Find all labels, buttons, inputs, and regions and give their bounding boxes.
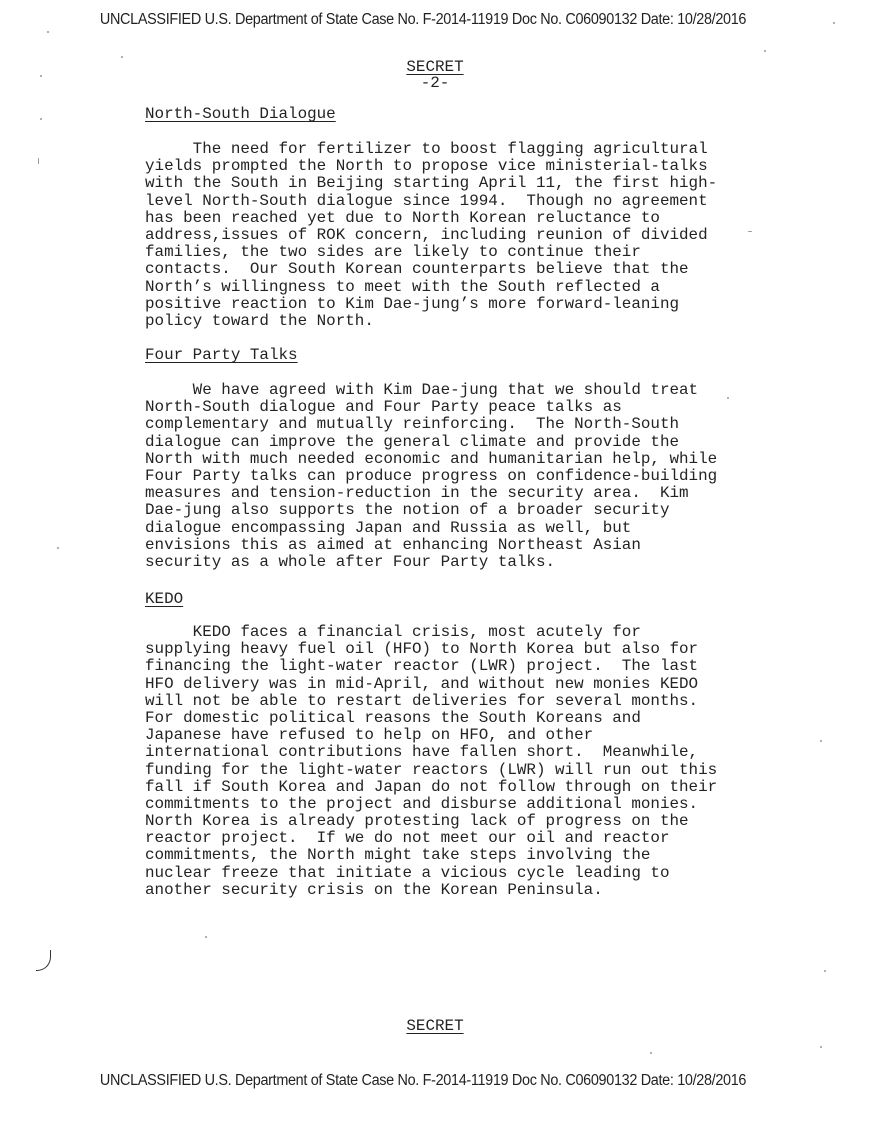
text-line: policy toward the North. [145,313,717,330]
text-line: dialogue encompassing Japan and Russia a… [145,520,717,537]
text-line: nuclear freeze that initiate a vicious c… [145,865,717,882]
text-line: KEDO faces a financial crisis, most acut… [145,624,717,641]
text-line: HFO delivery was in mid-April, and witho… [145,676,717,693]
section-heading-kedo: KEDO [145,590,183,608]
text-line: For domestic political reasons the South… [145,710,717,727]
scan-speck [38,158,39,164]
section-heading-north-south-dialogue: North-South Dialogue [145,105,336,123]
classification-marking-bottom: SECRET [0,1017,872,1035]
text-line: Dae-jung also supports the notion of a b… [145,502,717,519]
paragraph-kedo: KEDO faces a financial crisis, most acut… [145,624,717,899]
text-line: Four Party talks can produce progress on… [145,468,717,485]
text-line: North Korea is already protesting lack o… [145,813,717,830]
scan-speck [764,50,766,52]
text-line: will not be able to restart deliveries f… [145,693,717,710]
text-line: another security crisis on the Korean Pe… [145,882,717,899]
scan-speck [205,936,207,938]
text-line: families, the two sides are likely to co… [145,244,717,261]
text-line: positive reaction to Kim Dae-jung’s more… [145,296,717,313]
text-line: supplying heavy fuel oil (HFO) to North … [145,641,717,658]
classification-label: SECRET [406,1017,463,1035]
text-line: North-South dialogue and Four Party peac… [145,399,717,416]
scan-speck [833,22,835,24]
text-line: with the South in Beijing starting April… [145,175,717,192]
scan-speck [748,231,752,232]
text-line: yields prompted the North to propose vic… [145,158,717,175]
text-line: Japanese have refused to help on HFO, an… [145,727,717,744]
scan-speck [47,31,49,33]
handwritten-mark [36,950,51,971]
text-line: The need for fertilizer to boost flaggin… [145,141,717,158]
text-line: fall if South Korea and Japan do not fol… [145,779,717,796]
text-line: We have agreed with Kim Dae-jung that we… [145,382,717,399]
text-line: funding for the light-water reactors (LW… [145,762,717,779]
page-number: -2- [0,74,872,92]
scan-speck [824,970,826,972]
scan-speck [727,397,729,399]
scan-speck [121,56,123,58]
section-heading-four-party-talks: Four Party Talks [145,346,298,364]
declassification-banner-top: UNCLASSIFIED U.S. Department of State Ca… [17,11,830,29]
text-line: level North-South dialogue since 1994. T… [145,193,717,210]
paragraph-north-south-dialogue: The need for fertilizer to boost flaggin… [145,141,717,330]
text-line: North with much needed economic and huma… [145,451,717,468]
scan-speck [40,118,42,120]
text-line: contacts. Our South Korean counterparts … [145,261,717,278]
scan-speck [57,547,59,549]
text-line: North’s willingness to meet with the Sou… [145,279,717,296]
text-line: commitments, the North might take steps … [145,847,717,864]
scan-speck [40,75,42,77]
declassification-banner-bottom: UNCLASSIFIED U.S. Department of State Ca… [17,1072,830,1090]
text-line: reactor project. If we do not meet our o… [145,830,717,847]
text-line: commitments to the project and disburse … [145,796,717,813]
scan-speck [820,1046,822,1048]
text-line: has been reached yet due to North Korean… [145,210,717,227]
text-line: measures and tension-reduction in the se… [145,485,717,502]
text-line: complementary and mutually reinforcing. … [145,416,717,433]
paragraph-four-party-talks: We have agreed with Kim Dae-jung that we… [145,382,717,571]
scan-speck [650,1052,652,1054]
text-line: dialogue can improve the general climate… [145,434,717,451]
text-line: security as a whole after Four Party tal… [145,554,717,571]
text-line: financing the light-water reactor (LWR) … [145,658,717,675]
text-line: envisions this as aimed at enhancing Nor… [145,537,717,554]
text-line: international contributions have fallen … [145,744,717,761]
scan-speck [820,740,822,742]
text-line: address,issues of ROK concern, including… [145,227,717,244]
